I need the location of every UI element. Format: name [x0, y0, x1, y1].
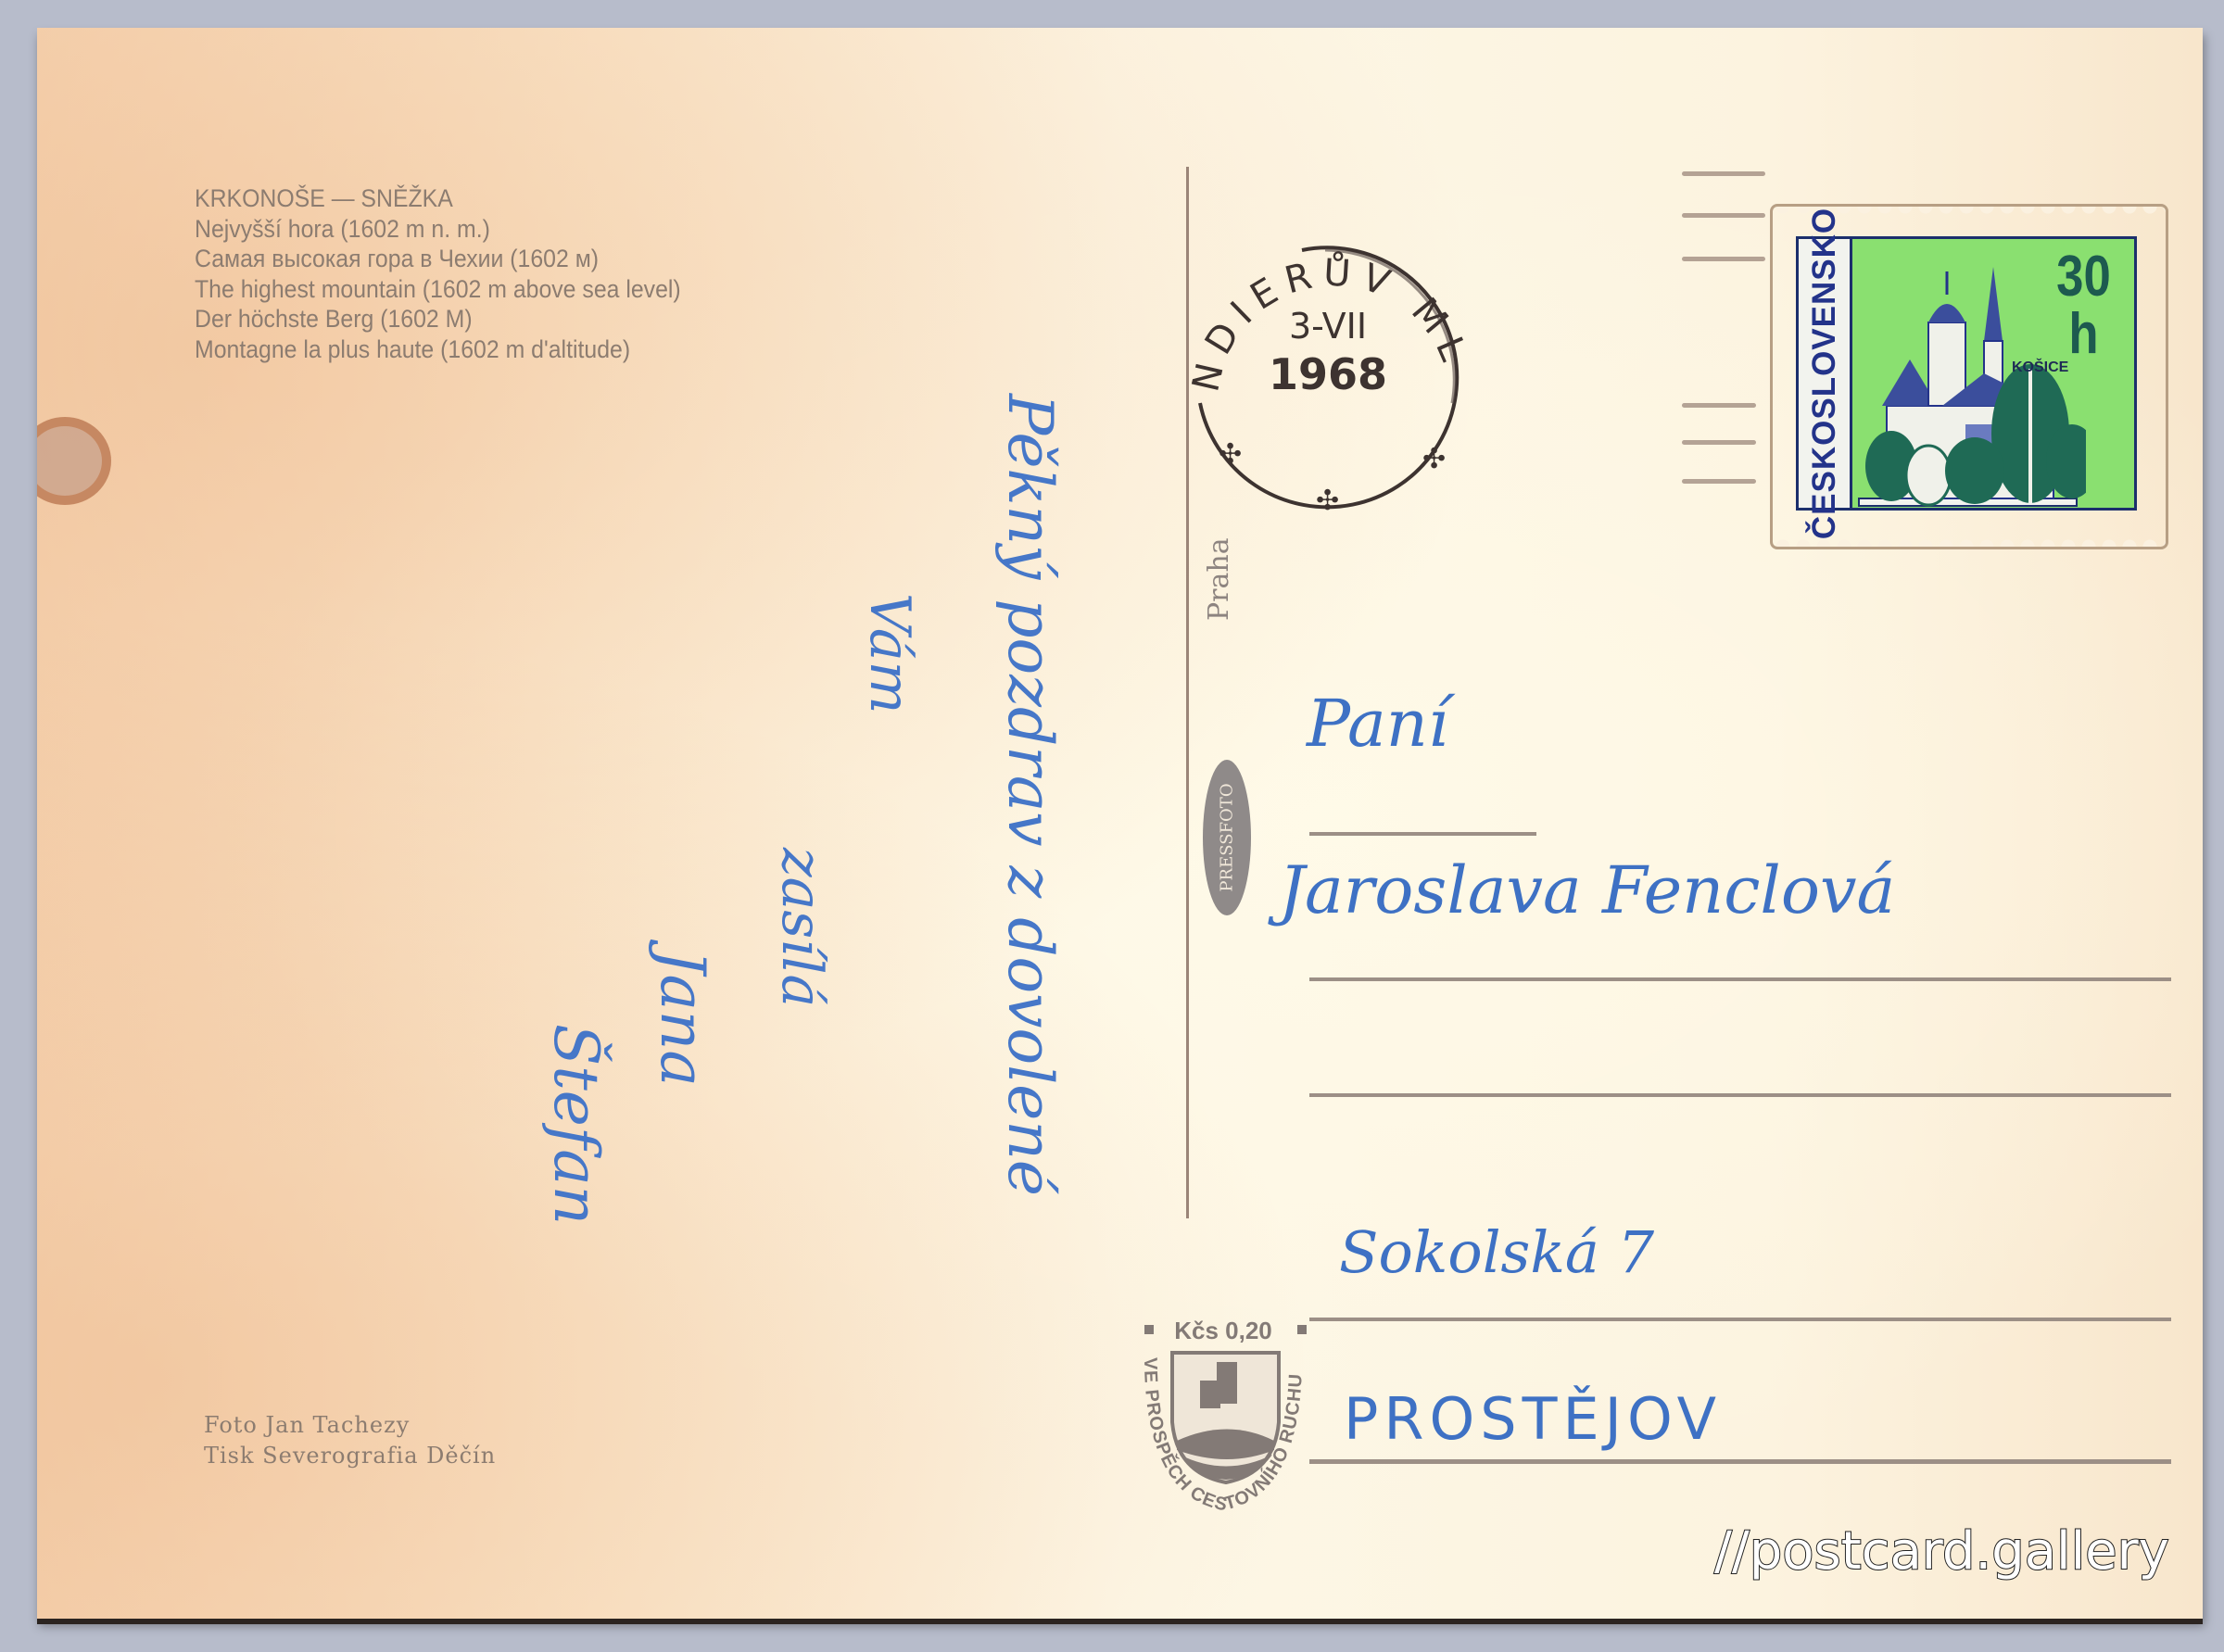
message-line: Jana [647, 950, 718, 1087]
address-line [1309, 1093, 2171, 1097]
caption-line: The highest mountain (1602 m above sea l… [195, 274, 681, 305]
address-name: Jaroslava Fenclová [1279, 852, 1895, 928]
cathedral-icon [1854, 267, 2086, 508]
stamp-frame: ČESKOSLOVENSKO KOŠICE [1796, 236, 2137, 511]
stamp-value: 30 h [2056, 248, 2111, 363]
tourism-price: Kčs 0,20 [1174, 1317, 1272, 1344]
credits: Foto Jan Tachezy Tisk Severografia Děčín [204, 1410, 496, 1471]
tourism-stamp: Kčs 0,20 VE PROSPĚCH CESTOVNÍHO RUCHU [1126, 1311, 1320, 1524]
pressfoto-logo-icon: PRESSFOTO [1203, 760, 1251, 915]
message-line: Vám [857, 593, 922, 714]
message-line: zasílá [769, 848, 834, 1007]
caption-title: KRKONOŠE — SNĚŽKA [195, 183, 681, 214]
address-street: Sokolská 7 [1339, 1218, 1654, 1286]
address-line [1309, 832, 1536, 836]
postcard: KRKONOŠE — SNĚŽKA Nejvyšší hora (1602 m … [37, 28, 2203, 1619]
caption-block: KRKONOŠE — SNĚŽKA Nejvyšší hora (1602 m … [195, 183, 723, 364]
svg-text:✣: ✣ [1219, 438, 1242, 471]
address-line [1309, 1318, 2171, 1321]
address-salutation: Paní [1307, 686, 1448, 762]
watermark: //postcard.gallery [1714, 1521, 2169, 1582]
publisher-city: Praha [1203, 537, 1235, 621]
caption-line: Самая высокая гора в Чехии (1602 м) [195, 244, 681, 274]
caption-line: Montagne la plus haute (1602 m d'altitud… [195, 334, 681, 365]
stamp-country-band: ČESKOSLOVENSKO [1799, 239, 1852, 508]
address-line [1309, 977, 2171, 981]
postmark-year: 1968 [1269, 349, 1387, 399]
castle-shield-icon: Kčs 0,20 VE PROSPĚCH CESTOVNÍHO RUCHU [1126, 1311, 1320, 1524]
caption-line: Der höchste Berg (1602 M) [195, 304, 681, 334]
caption-line: Nejvyšší hora (1602 m n. m.) [195, 214, 681, 245]
stamp-country: ČESKOSLOVENSKO [1806, 208, 1843, 539]
photo-credit: Foto Jan Tachezy [204, 1410, 496, 1441]
postmark-circle-icon: NDIERŮV MLÝN 3-VII 1968 ✣ ✣ ✣ [1163, 218, 1492, 537]
address-line [1309, 1459, 2171, 1464]
stain [37, 417, 111, 505]
postmark: NDIERŮV MLÝN 3-VII 1968 ✣ ✣ ✣ [1163, 218, 1492, 537]
postmark-date: 3-VII [1289, 306, 1367, 347]
svg-text:✣: ✣ [1316, 485, 1339, 517]
svg-text:✣: ✣ [1422, 443, 1446, 475]
message-line: Štefan [540, 1024, 612, 1225]
message-line: Pěkný pozdrav z dovolené [994, 394, 1066, 1196]
postage-stamp: ČESKOSLOVENSKO KOŠICE [1770, 204, 2168, 549]
print-credit: Tisk Severografia Děčín [204, 1441, 496, 1471]
pressfoto-label: PRESSFOTO [1218, 783, 1237, 891]
address-city: PROSTĚJOV [1344, 1385, 1722, 1453]
